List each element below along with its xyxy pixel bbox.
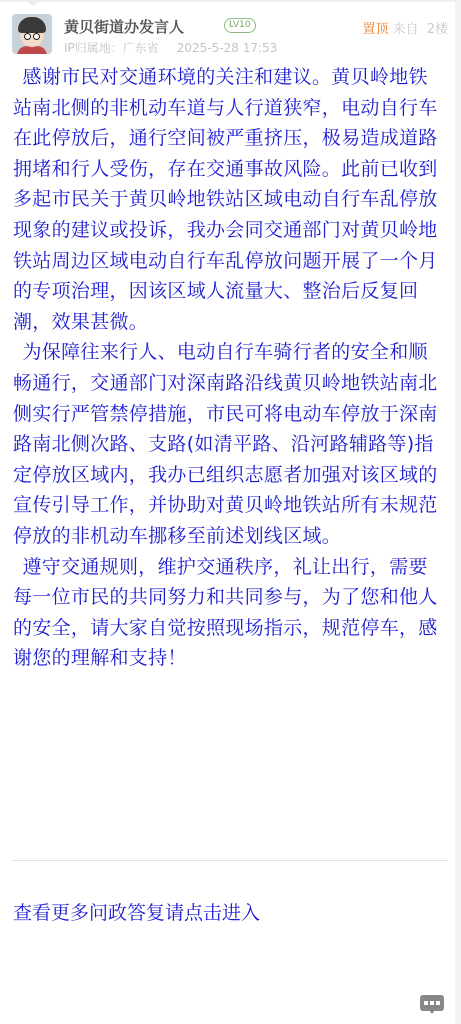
post-meta: IP归属地：广东省2025-5-28 17:53	[64, 39, 277, 56]
avatar-eye	[24, 33, 31, 40]
avatar-shirt	[17, 46, 47, 54]
pinned-label: 置顶	[363, 22, 389, 37]
paragraph-3: 遵守交通规则，维护交通秩序，礼让出行，需要每一位市民的共同努力和共同参与，为了您…	[13, 552, 443, 674]
more-replies-link[interactable]: 查看更多问政答复请点击进入	[13, 898, 260, 925]
ip-location: IP归属地：广东省	[64, 41, 159, 55]
floor-info: 置顶来自 2楼	[363, 18, 448, 37]
comment-button[interactable]	[420, 995, 444, 1015]
content-divider	[12, 860, 448, 861]
comment-dot	[424, 1001, 428, 1005]
paragraph-2: 为保障往来行人、电动自行车骑行者的安全和顺畅通行，交通部门对深南路沿线黄贝岭地铁…	[13, 337, 443, 551]
post-content: 感谢市民对交通环境的关注和建议。黄贝岭地铁站南北侧的非机动车道与人行道狭窄，电动…	[13, 62, 443, 674]
floor-number: 2楼	[427, 22, 448, 37]
comment-dot	[436, 1001, 440, 1005]
avatar-hair	[18, 17, 46, 33]
post-timestamp: 2025-5-28 17:53	[177, 41, 278, 55]
source-label: 来自	[393, 22, 419, 37]
post-header: 黄贝街道办发言人 LV10 IP归属地：广东省2025-5-28 17:53 置…	[12, 14, 452, 56]
comment-dot	[430, 1001, 434, 1005]
scrollbar-track[interactable]	[455, 0, 461, 1024]
author-name[interactable]: 黄贝街道办发言人	[64, 16, 184, 37]
paragraph-1: 感谢市民对交通环境的关注和建议。黄贝岭地铁站南北侧的非机动车道与人行道狭窄，电动…	[13, 62, 443, 337]
post-floor: 黄贝街道办发言人 LV10 IP归属地：广东省2025-5-28 17:53 置…	[0, 0, 455, 1024]
comment-bubble-tail	[429, 1010, 435, 1014]
avatar-eye	[33, 33, 40, 40]
level-badge: LV10	[224, 18, 256, 33]
avatar[interactable]	[12, 14, 52, 54]
